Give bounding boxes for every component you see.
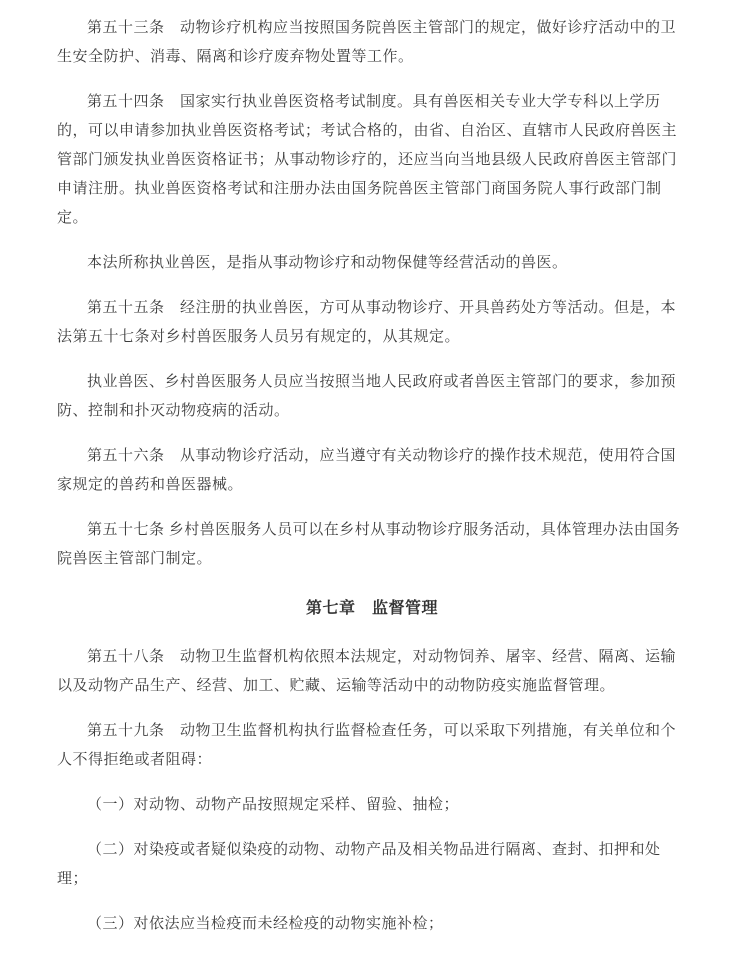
chapter-heading: 第七章 监督管理 [57, 594, 687, 623]
article-paragraph: （二）对染疫或者疑似染疫的动物、动物产品及相关物品进行隔离、查封、扣押和处理； [57, 836, 687, 894]
article-paragraph: 本法所称执业兽医，是指从事动物诊疗和动物保健等经营活动的兽医。 [57, 249, 687, 278]
article-paragraph: 第五十八条 动物卫生监督机构依照本法规定，对动物饲养、屠宰、经营、隔离、运输以及… [57, 643, 687, 701]
article-paragraph: 第五十七条 乡村兽医服务人员可以在乡村从事动物诊疗服务活动，具体管理办法由国务院… [57, 516, 687, 574]
article-paragraph: 第五十五条 经注册的执业兽医，方可从事动物诊疗、开具兽药处方等活动。但是，本法第… [57, 294, 687, 352]
article-paragraph: 第五十九条 动物卫生监督机构执行监督检查任务，可以采取下列措施，有关单位和个人不… [57, 717, 687, 775]
article-paragraph: 执业兽医、乡村兽医服务人员应当按照当地人民政府或者兽医主管部门的要求，参加预防、… [57, 368, 687, 426]
document-page: 第五十三条 动物诊疗机构应当按照国务院兽医主管部门的规定，做好诊疗活动中的卫生安… [0, 0, 743, 965]
article-paragraph: （一）对动物、动物产品按照规定采样、留验、抽检； [57, 791, 687, 820]
document-body: 第五十三条 动物诊疗机构应当按照国务院兽医主管部门的规定，做好诊疗活动中的卫生安… [57, 14, 687, 939]
article-paragraph: 第五十三条 动物诊疗机构应当按照国务院兽医主管部门的规定，做好诊疗活动中的卫生安… [57, 14, 687, 72]
article-paragraph: 第五十四条 国家实行执业兽医资格考试制度。具有兽医相关专业大学专科以上学历的，可… [57, 88, 687, 233]
article-paragraph: 第五十六条 从事动物诊疗活动，应当遵守有关动物诊疗的操作技术规范，使用符合国家规… [57, 442, 687, 500]
article-paragraph: （三）对依法应当检疫而未经检疫的动物实施补检； [57, 910, 687, 939]
